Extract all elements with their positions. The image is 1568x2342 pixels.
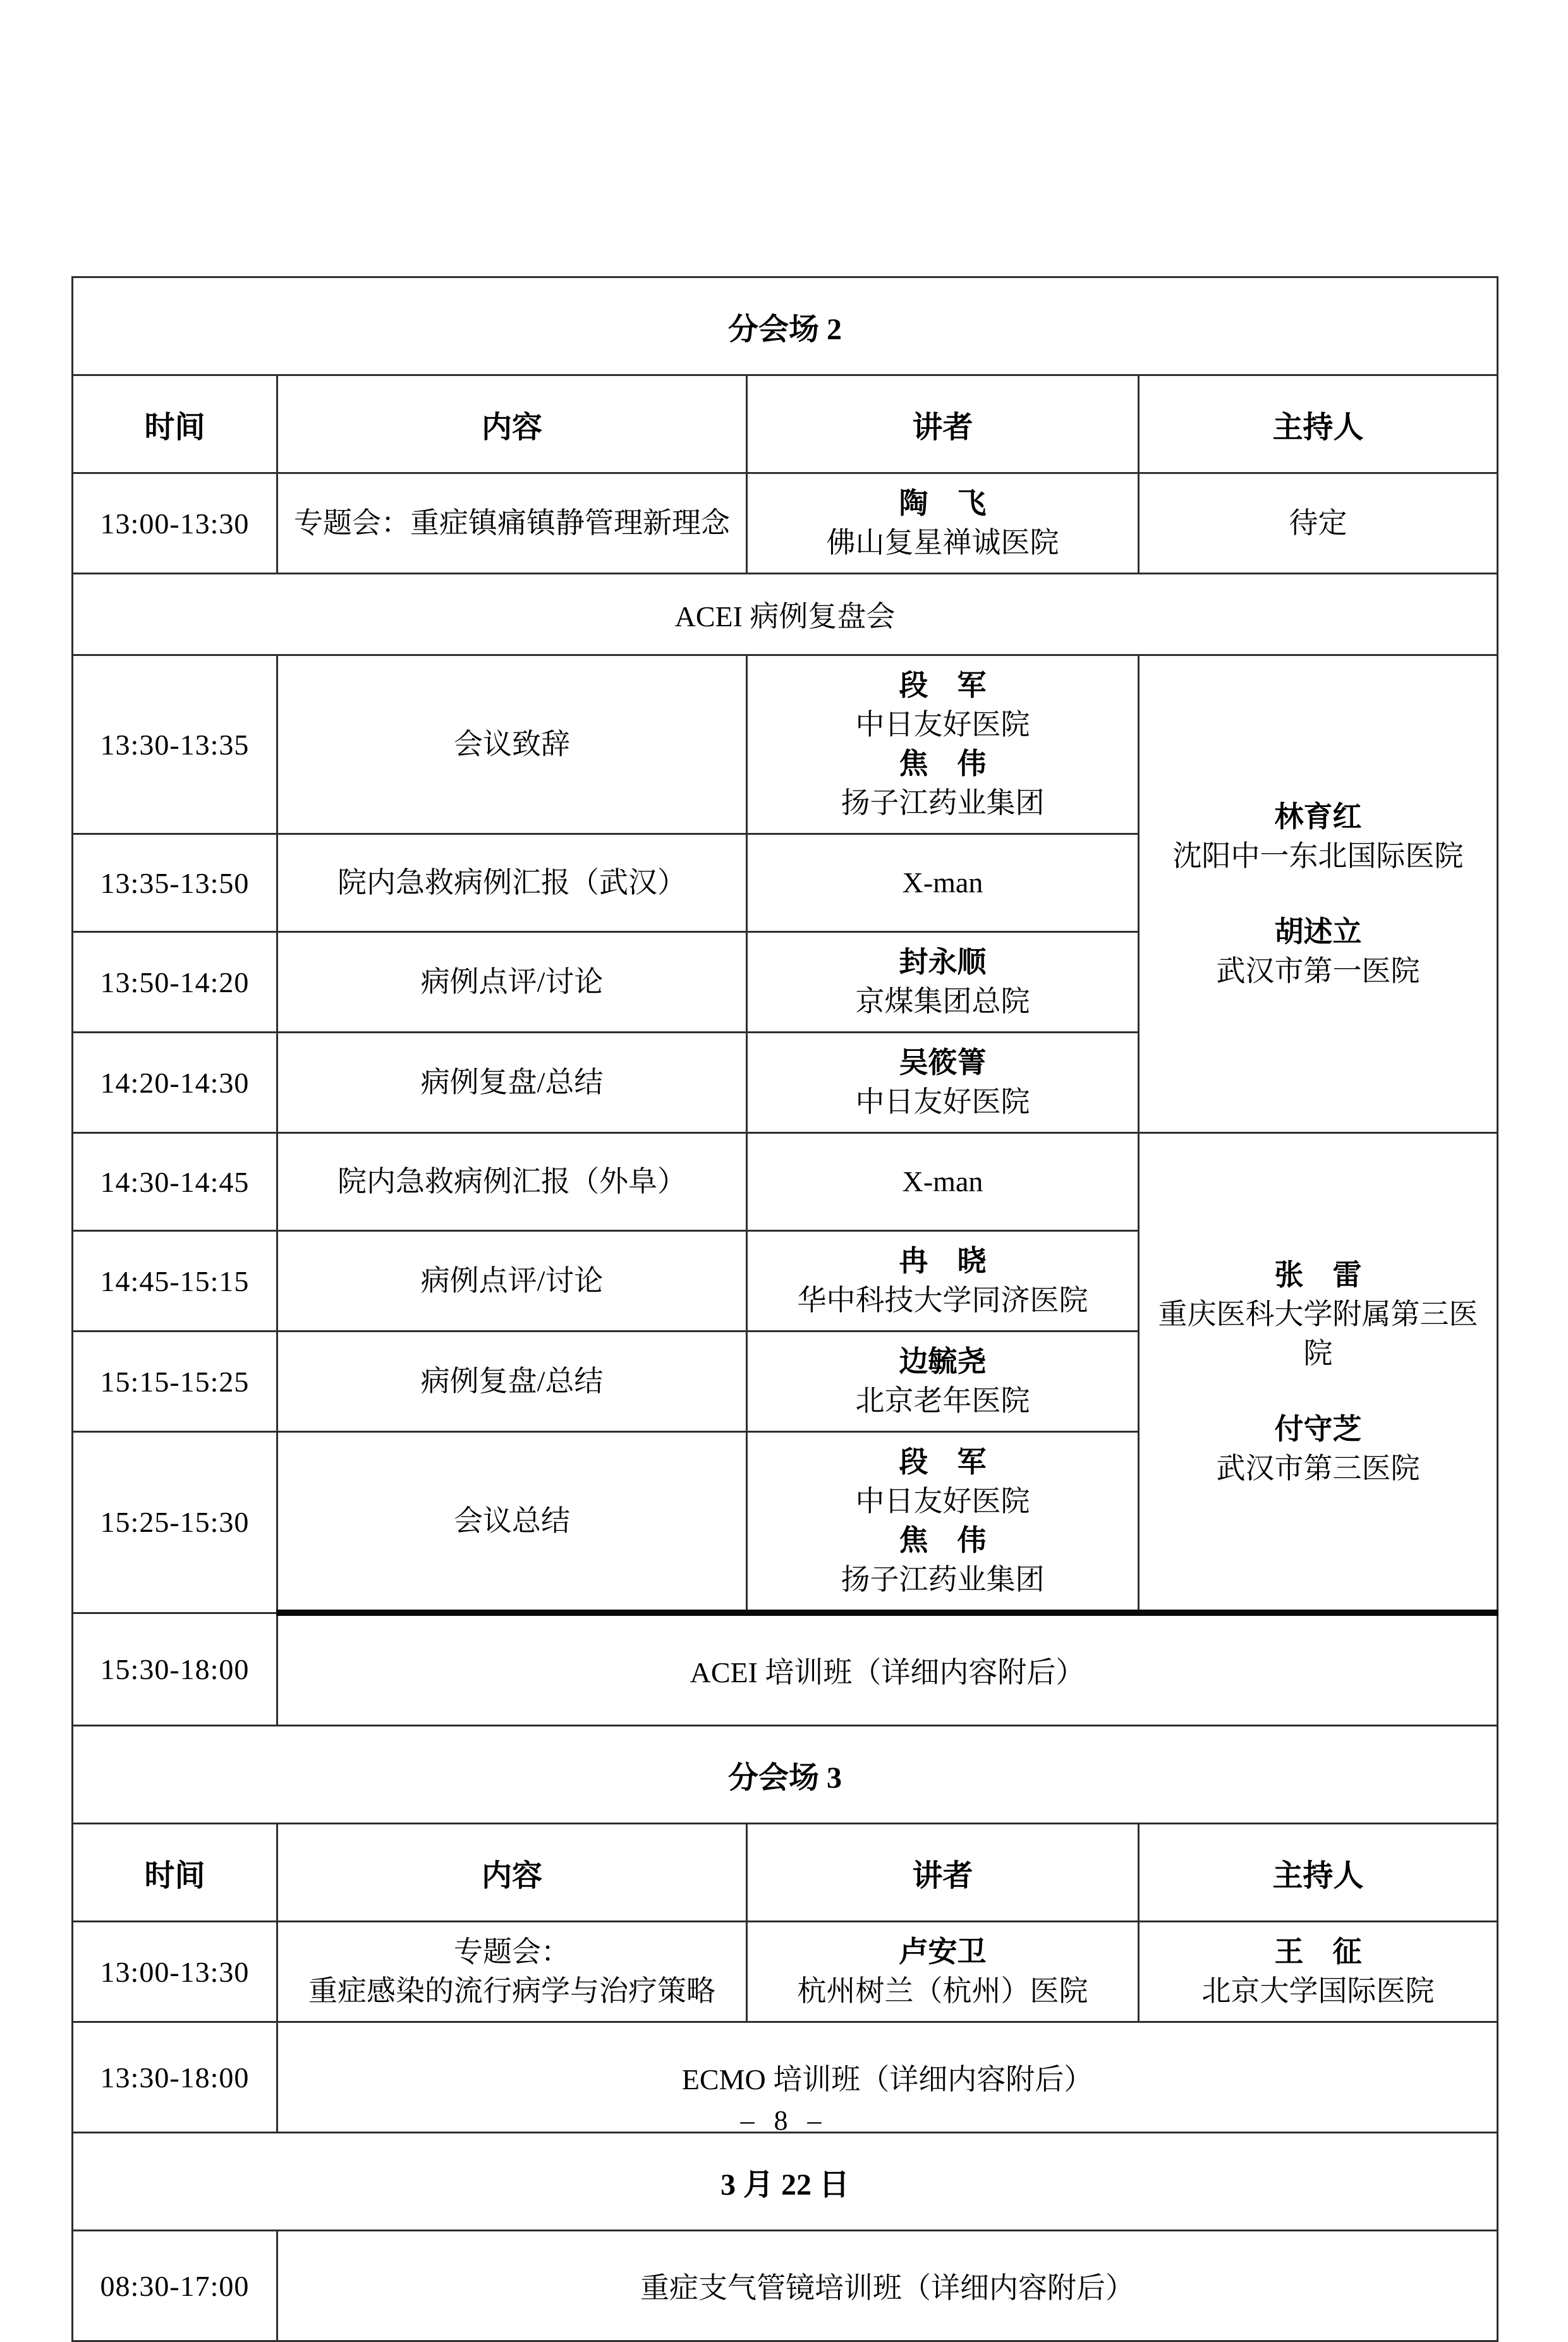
content-cell: 病例点评/讨论: [277, 1231, 747, 1332]
speaker-text: 扬子江药业集团: [753, 784, 1133, 823]
training-cell: ACEI 培训班（详细内容附后）: [277, 1613, 1498, 1726]
table-row: ACEI 病例复盘会: [73, 574, 1498, 655]
column-header-time: 时间: [73, 1824, 277, 1922]
speaker-cell: 陶 飞佛山复星禅诚医院: [747, 473, 1139, 574]
content-cell: 会议致辞: [277, 655, 747, 834]
table-row: 13:00-13:30专题会：重症感染的流行病学与治疗策略卢安卫杭州树兰（杭州）…: [73, 1922, 1498, 2022]
table-row: 时间内容讲者主持人: [73, 1824, 1498, 1922]
content-cell: 病例点评/讨论: [277, 932, 747, 1033]
table-row: 3 月 22 日: [73, 2133, 1498, 2231]
moderator-name: 胡述立: [1145, 913, 1492, 952]
speaker-name: 段 军: [753, 1443, 1133, 1482]
speaker-cell: 段 军中日友好医院焦 伟扬子江药业集团: [747, 655, 1139, 834]
column-header-moderator: 主持人: [1139, 375, 1498, 473]
time-cell: 13:00-13:30: [73, 1922, 277, 2022]
time-cell: 14:30-14:45: [73, 1133, 277, 1231]
time-cell: 15:30-18:00: [73, 1613, 277, 1726]
time-cell: 13:35-13:50: [73, 834, 277, 932]
moderator-text: 武汉市第三医院: [1145, 1449, 1492, 1488]
moderator-cell: 王 征北京大学国际医院: [1139, 1922, 1498, 2022]
speaker-text: 中日友好医院: [753, 1482, 1133, 1521]
table-row: 15:30-18:00ACEI 培训班（详细内容附后）: [73, 1613, 1498, 1726]
content-cell: 专题会：重症镇痛镇静管理新理念: [277, 473, 747, 574]
moderator-text: 重庆医科大学附属第三医院: [1145, 1295, 1492, 1373]
moderator-cell: 待定: [1139, 473, 1498, 574]
moderator-text: 待定: [1145, 504, 1492, 543]
column-header-speaker: 讲者: [747, 375, 1139, 473]
time-cell: 14:20-14:30: [73, 1033, 277, 1133]
speaker-name: 焦 伟: [753, 744, 1133, 784]
time-cell: 13:00-13:30: [73, 473, 277, 574]
time-cell: 08:30-17:00: [73, 2231, 277, 2341]
content-line: 病例复盘/总结: [283, 1362, 741, 1401]
content-line: 病例复盘/总结: [283, 1063, 741, 1102]
speaker-name: 边毓尧: [753, 1342, 1133, 1381]
speaker-cell: X-man: [747, 1133, 1139, 1231]
line-gap: [1145, 1373, 1492, 1410]
training-cell: 重症支气管镜培训班（详细内容附后）: [277, 2231, 1498, 2341]
section-title-cell: 3 月 22 日: [73, 2133, 1498, 2231]
page-number: – 8 –: [0, 2104, 1568, 2137]
table-row: 08:30-17:00重症支气管镜培训班（详细内容附后）: [73, 2231, 1498, 2341]
moderator-text: 武汉市第一医院: [1145, 952, 1492, 991]
speaker-cell: 段 军中日友好医院焦 伟扬子江药业集团: [747, 1432, 1139, 1613]
moderator-name: 付守芝: [1145, 1410, 1492, 1449]
table-row: 13:00-13:30专题会：重症镇痛镇静管理新理念陶 飞佛山复星禅诚医院待定: [73, 473, 1498, 574]
speaker-name: 段 军: [753, 666, 1133, 705]
speaker-text: 杭州树兰（杭州）医院: [753, 1972, 1133, 2011]
speaker-name: 冉 晓: [753, 1242, 1133, 1281]
content-line: 病例点评/讨论: [283, 1261, 741, 1301]
time-cell: 13:50-14:20: [73, 932, 277, 1033]
content-line: 病例点评/讨论: [283, 962, 741, 1002]
schedule-table: 分会场 2时间内容讲者主持人13:00-13:30专题会：重症镇痛镇静管理新理念…: [71, 276, 1498, 2342]
speaker-name: 封永顺: [753, 943, 1133, 982]
speaker-text: 北京老年医院: [753, 1381, 1133, 1421]
speaker-name: 焦 伟: [753, 1521, 1133, 1560]
speaker-text: X-man: [753, 1162, 1133, 1201]
table-row: 分会场 3: [73, 1726, 1498, 1824]
content-cell: 会议总结: [277, 1432, 747, 1613]
speaker-text: 京煤集团总院: [753, 982, 1133, 1021]
speaker-cell: 边毓尧北京老年医院: [747, 1332, 1139, 1432]
speaker-name: 卢安卫: [753, 1932, 1133, 1972]
content-line: 院内急救病例汇报（外阜）: [283, 1162, 741, 1201]
column-header-time: 时间: [73, 375, 277, 473]
moderator-cell: 林育红沈阳中一东北国际医院胡述立武汉市第一医院: [1139, 655, 1498, 1133]
speaker-text: 扬子江药业集团: [753, 1560, 1133, 1599]
column-header-content: 内容: [277, 375, 747, 473]
table-row: 14:30-14:45院内急救病例汇报（外阜）X-man张 雷重庆医科大学附属第…: [73, 1133, 1498, 1231]
time-cell: 15:15-15:25: [73, 1332, 277, 1432]
table-row: 13:30-13:35会议致辞段 军中日友好医院焦 伟扬子江药业集团林育红沈阳中…: [73, 655, 1498, 834]
table-row: 分会场 2: [73, 277, 1498, 375]
speaker-text: 华中科技大学同济医院: [753, 1281, 1133, 1320]
moderator-name: 王 征: [1145, 1932, 1492, 1972]
column-header-content: 内容: [277, 1824, 747, 1922]
speaker-name: 陶 飞: [753, 484, 1133, 523]
content-line: 会议致辞: [283, 725, 741, 764]
moderator-name: 林育红: [1145, 798, 1492, 837]
moderator-text: 北京大学国际医院: [1145, 1972, 1492, 2011]
column-header-moderator: 主持人: [1139, 1824, 1498, 1922]
content-line: 会议总结: [283, 1502, 741, 1541]
speaker-cell: 冉 晓华中科技大学同济医院: [747, 1231, 1139, 1332]
moderator-cell: 张 雷重庆医科大学附属第三医院付守芝武汉市第三医院: [1139, 1133, 1498, 1613]
speaker-cell: 吴筱箐中日友好医院: [747, 1033, 1139, 1133]
time-cell: 15:25-15:30: [73, 1432, 277, 1613]
speaker-cell: X-man: [747, 834, 1139, 932]
content-cell: 病例复盘/总结: [277, 1332, 747, 1432]
section-title-cell: 分会场 3: [73, 1726, 1498, 1824]
moderator-text: 沈阳中一东北国际医院: [1145, 837, 1492, 876]
time-cell: 13:30-13:35: [73, 655, 277, 834]
content-cell: 院内急救病例汇报（武汉）: [277, 834, 747, 932]
speaker-text: X-man: [753, 863, 1133, 902]
table-row: 时间内容讲者主持人: [73, 375, 1498, 473]
content-cell: 专题会：重症感染的流行病学与治疗策略: [277, 1922, 747, 2022]
speaker-text: 中日友好医院: [753, 1083, 1133, 1122]
content-line: 重症感染的流行病学与治疗策略: [283, 1972, 741, 2011]
schedule-table-body: 分会场 2时间内容讲者主持人13:00-13:30专题会：重症镇痛镇静管理新理念…: [73, 277, 1498, 2341]
content-cell: 院内急救病例汇报（外阜）: [277, 1133, 747, 1231]
section-title-cell: 分会场 2: [73, 277, 1498, 375]
time-cell: 14:45-15:15: [73, 1231, 277, 1332]
content-line: 专题会：: [283, 1932, 741, 1972]
content-line: 院内急救病例汇报（武汉）: [283, 863, 741, 902]
content-cell: 病例复盘/总结: [277, 1033, 747, 1133]
line-gap: [1145, 876, 1492, 913]
section-subtitle-cell: ACEI 病例复盘会: [73, 574, 1498, 655]
speaker-name: 吴筱箐: [753, 1043, 1133, 1083]
speaker-text: 佛山复星禅诚医院: [753, 523, 1133, 562]
moderator-name: 张 雷: [1145, 1256, 1492, 1295]
speaker-cell: 卢安卫杭州树兰（杭州）医院: [747, 1922, 1139, 2022]
column-header-speaker: 讲者: [747, 1824, 1139, 1922]
speaker-cell: 封永顺京煤集团总院: [747, 932, 1139, 1033]
content-line: 专题会：重症镇痛镇静管理新理念: [283, 504, 741, 543]
speaker-text: 中日友好医院: [753, 705, 1133, 744]
